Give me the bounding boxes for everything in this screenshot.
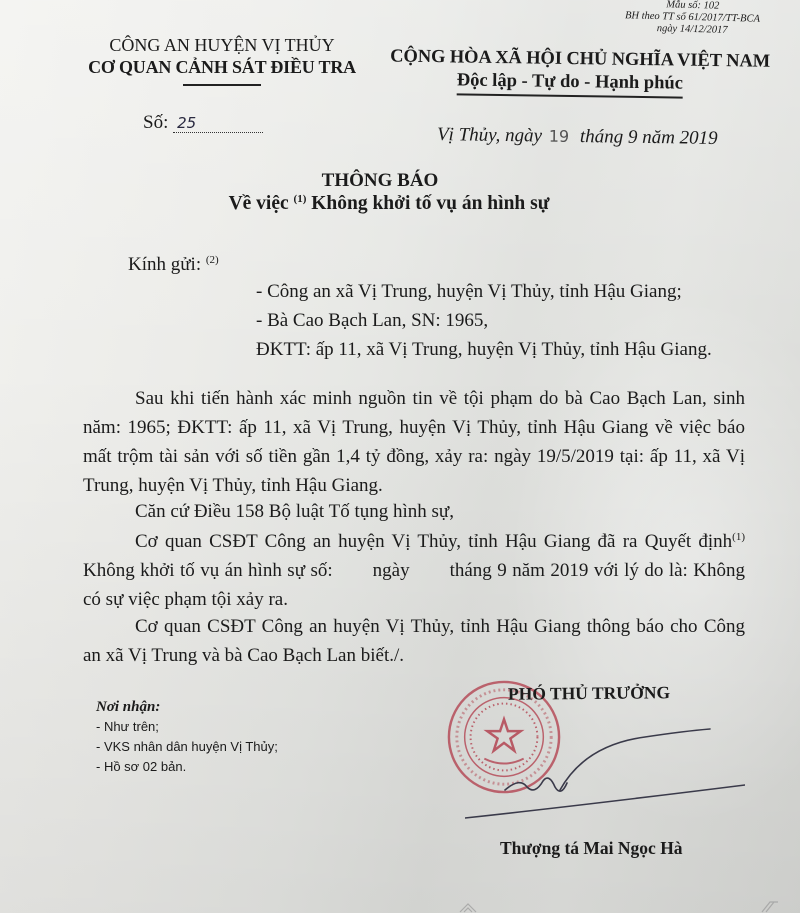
distribution-list: Nơi nhận: - Như trên; - VKS nhân dân huy…	[96, 697, 278, 777]
subtitle-text: Không khởi tố vụ án hình sự	[311, 193, 549, 214]
document-number-value: 25	[173, 114, 263, 133]
distribution-item: - Hồ sơ 02 bản.	[96, 757, 278, 777]
national-header: CỘNG HÒA XÃ HỘI CHỦ NGHĨA VIỆT NAM Độc l…	[390, 46, 751, 99]
document-title: THÔNG BÁO	[0, 170, 760, 192]
document-number-label: Số:	[143, 112, 168, 133]
recipients-label-text: Kính gửi:	[128, 254, 201, 275]
body-paragraph-2: Căn cứ Điều 158 Bộ luật Tố tụng hình sự,	[83, 497, 745, 526]
recipient-line: - Bà Cao Bạch Lan, SN: 1965,	[256, 310, 488, 332]
national-motto: Độc lập - Tự do - Hạnh phúc	[457, 70, 683, 98]
body-paragraph-3: Cơ quan CSĐT Công an huyện Vị Thủy, tỉnh…	[83, 527, 745, 614]
body-paragraph-4: Cơ quan CSĐT Công an huyện Vị Thủy, tỉnh…	[83, 612, 745, 670]
body-paragraph-1: Sau khi tiến hành xác minh nguồn tin về …	[83, 384, 745, 500]
recipient-line: - Công an xã Vị Trung, huyện Vị Thủy, tỉ…	[256, 281, 682, 303]
p3-footnote: (1)	[732, 531, 745, 543]
watermark-marks	[440, 890, 800, 913]
document-subtitle: Về việc (1) Không khởi tố vụ án hình sự	[0, 193, 778, 215]
signature-mark	[465, 715, 745, 825]
header-divider	[183, 84, 261, 86]
place-date: Vị Thủy, ngày 19 tháng 9 năm 2019	[437, 124, 718, 150]
distribution-label: Nơi nhận:	[96, 697, 278, 717]
signatory-name: Thượng tá Mai Ngọc Hà	[500, 838, 683, 859]
subtitle-prefix: Về việc	[229, 193, 289, 214]
issuer-agency: CÔNG AN HUYỆN VỊ THỦY	[72, 34, 372, 56]
form-reference: Mẫu số: 102 BH theo TT số 61/2017/TT-BCA…	[625, 0, 761, 38]
subtitle-footnote: (1)	[294, 193, 307, 205]
recipients-footnote: (2)	[206, 254, 219, 266]
nation-name: CỘNG HÒA XÃ HỘI CHỦ NGHĨA VIỆT NAM	[390, 46, 750, 72]
distribution-item: - VKS nhân dân huyện Vị Thủy;	[96, 737, 278, 757]
issuer-header: CÔNG AN HUYỆN VỊ THỦY CƠ QUAN CẢNH SÁT Đ…	[72, 34, 372, 86]
recipients-label: Kính gửi: (2)	[128, 254, 219, 276]
place-date-suffix: tháng 9 năm 2019	[580, 126, 718, 149]
issuer-department: CƠ QUAN CẢNH SÁT ĐIỀU TRA	[72, 56, 372, 78]
recipient-line: ĐKTT: ấp 11, xã Vị Trung, huyện Vị Thủy,…	[256, 339, 712, 361]
signatory-position: PHÓ THỦ TRƯỞNG	[508, 682, 670, 704]
p3-part-b: Không khởi tố vụ án hình sự số:	[83, 560, 333, 581]
p3-part-c: ngày	[373, 560, 410, 581]
document-number: Số: 25	[143, 112, 263, 134]
distribution-item: - Như trên;	[96, 717, 278, 737]
place-date-day: 19	[549, 127, 570, 146]
p3-part-a: Cơ quan CSĐT Công an huyện Vị Thủy, tỉnh…	[135, 531, 732, 552]
place-date-prefix: Vị Thủy, ngày	[437, 124, 542, 146]
